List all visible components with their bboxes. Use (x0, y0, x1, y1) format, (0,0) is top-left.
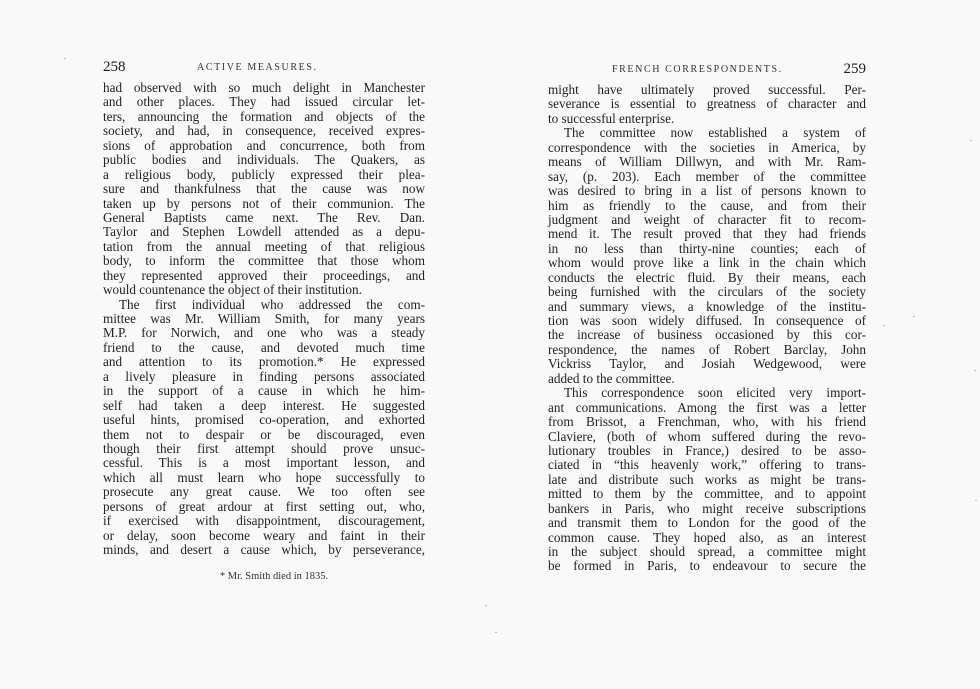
text-line: common cause. They hoped also, as an int… (548, 531, 866, 545)
scan-speck (975, 500, 977, 501)
text-line: self had taken a deep interest. He sugge… (103, 399, 425, 413)
text-line: being furnished with the circulars of th… (548, 285, 866, 299)
text-line: tation from the annual meeting of that r… (103, 240, 425, 254)
text-line: if exercised with disappointment, discou… (103, 514, 425, 528)
text-line: judgment and weight of character fit to … (548, 213, 866, 227)
text-line: and transmit them to London for the good… (548, 516, 866, 530)
scan-speck (485, 605, 487, 606)
text-line: lutionary troubles in France,) desired t… (548, 444, 866, 458)
text-line: mend it. The result proved that they had… (548, 227, 866, 241)
text-line: had observed with so much delight in Man… (103, 81, 425, 95)
text-line: bankers in Paris, who might receive subs… (548, 502, 866, 516)
right-running-head: FRENCH CORRESPONDENTS. 259 (548, 60, 866, 78)
text-line: prosecute any great cause. We too often … (103, 485, 425, 499)
text-line: society, and had, in consequence, receiv… (103, 124, 425, 138)
text-line: tion was soon widely diffused. In conseq… (548, 314, 866, 328)
text-line: respondence, the names of Robert Barclay… (548, 343, 866, 357)
text-line: whom would prove like a link in the chai… (548, 256, 866, 270)
text-line: useful hints, promised co-operation, and… (103, 413, 425, 427)
text-line: Vickriss Taylor, and Josiah Wedgewood, w… (548, 357, 866, 371)
scan-speck (64, 58, 66, 59)
text-line: they represented approved their proceedi… (103, 269, 425, 283)
text-line: friend to the cause, and devoted much ti… (103, 341, 425, 355)
text-line: cessful. This is a most important lesson… (103, 456, 425, 470)
text-line: which all must learn who hope successful… (103, 471, 425, 485)
text-line: sure and thankfulness that the cause was… (103, 182, 425, 196)
left-page: 258 ACTIVE MEASURES. had observed with s… (103, 58, 425, 582)
text-line: him as friendly to the cause, and from t… (548, 199, 866, 213)
text-line: severance is essential to greatness of c… (548, 97, 866, 111)
text-line: correspondence with the societies in Ame… (548, 141, 866, 155)
text-line: conducts the electric fluid. By their me… (548, 271, 866, 285)
text-line: Taylor and Stephen Lowdell attended as a… (103, 225, 425, 239)
text-line: them not to despair or be discouraged, e… (103, 428, 425, 442)
text-line: in the support of a cause in which he hi… (103, 384, 425, 398)
left-running-head: 258 ACTIVE MEASURES. (103, 58, 425, 76)
text-line: minds, and desert a cause which, by pers… (103, 543, 425, 557)
text-line: though their first attempt should prove … (103, 442, 425, 456)
footnote: * Mr. Smith died in 1835. (103, 571, 425, 582)
text-line: The first individual who addressed the c… (103, 298, 425, 312)
right-page: FRENCH CORRESPONDENTS. 259 might have ul… (548, 60, 866, 574)
scan-speck (913, 316, 915, 317)
text-line: General Baptists came next. The Rev. Dan… (103, 211, 425, 225)
running-head-title: ACTIVE MEASURES. (197, 59, 318, 77)
text-line: late and distribute such works as might … (548, 473, 866, 487)
text-line: ciated in “this heavenly work,” offering… (548, 458, 866, 472)
text-line: to successful enterprise. (548, 112, 866, 126)
text-line: the increase of business occasioned by t… (548, 328, 866, 342)
scan-speck (495, 632, 497, 633)
text-line: mitted to them by the committee, and to … (548, 487, 866, 501)
text-line: taken up by persons not of their communi… (103, 197, 425, 211)
text-line: might have ultimately proved successful.… (548, 83, 866, 97)
text-line: body, to inform the committee that those… (103, 254, 425, 268)
text-line: and summary views, a knowledge of the in… (548, 300, 866, 314)
text-line: a lively pleasure in finding persons ass… (103, 370, 425, 384)
text-line: The committee now established a system o… (548, 126, 866, 140)
text-line: and other places. They had issued circul… (103, 95, 425, 109)
text-line: in the subject should spread, a committe… (548, 545, 866, 559)
text-line: This correspondence soon elicited very i… (548, 386, 866, 400)
text-line: Claviere, (both of whom suffered during … (548, 430, 866, 444)
text-line: say, (p. 203). Each member of the commit… (548, 170, 866, 184)
scan-speck (974, 370, 976, 371)
text-line: public bodies and individuals. The Quake… (103, 153, 425, 167)
right-body-text: might have ultimately proved successful.… (548, 83, 866, 574)
text-line: means of William Dillwyn, and with Mr. R… (548, 155, 866, 169)
text-line: added to the committee. (548, 372, 866, 386)
running-head-title: FRENCH CORRESPONDENTS. (612, 61, 783, 79)
text-line: would countenance the object of their in… (103, 283, 425, 297)
text-line: mittee was Mr. William Smith, for many y… (103, 312, 425, 326)
text-line: from Brissot, a Frenchman, who, with his… (548, 415, 866, 429)
scan-speck (970, 140, 972, 141)
text-line: or delay, soon become weary and faint in… (103, 529, 425, 543)
page-number: 259 (844, 60, 867, 78)
text-line: in no less than thirty-nine counties; ea… (548, 242, 866, 256)
left-body-text: had observed with so much delight in Man… (103, 81, 425, 557)
text-line: a religious body, publicly expressed the… (103, 168, 425, 182)
text-line: be formed in Paris, to endeavour to secu… (548, 559, 866, 573)
text-line: persons of great ardour at first setting… (103, 500, 425, 514)
page-number: 258 (103, 58, 126, 76)
scan-speck (883, 325, 885, 326)
text-line: and attention to its promotion.* He expr… (103, 355, 425, 369)
text-line: ant communications. Among the first was … (548, 401, 866, 415)
text-line: M.P. for Norwich, and one who was a stea… (103, 326, 425, 340)
text-line: was desired to bring in a list of person… (548, 184, 866, 198)
text-line: ters, announcing the formation and objec… (103, 110, 425, 124)
text-line: sions of approbation and concurrence, bo… (103, 139, 425, 153)
